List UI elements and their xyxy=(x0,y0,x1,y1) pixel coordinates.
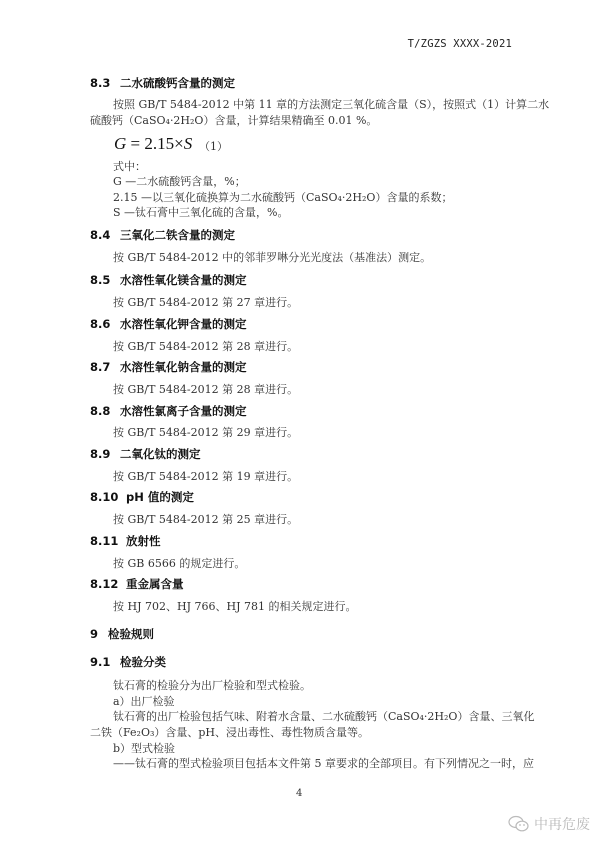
paragraph-line: ——钛石膏的型式检验项目包括本文件第 5 章要求的全部项目。有下列情况之一时，应 xyxy=(113,755,534,771)
paragraph-line: 按 GB/T 5484-2012 第 28 章进行。 xyxy=(113,381,298,397)
variable-definition: 2.15 —以三氧化硫换算为二水硫酸钙（CaSO₄·2H₂O）含量的系数； xyxy=(113,189,452,205)
document-code-header: T/ZGZS XXXX-2021 xyxy=(408,38,512,50)
formula-lhs: G xyxy=(114,134,126,153)
section-number: 8.8 xyxy=(90,404,120,418)
section-title: 放射性 xyxy=(126,534,161,548)
section-number: 8.3 xyxy=(90,76,120,90)
wechat-icon xyxy=(508,815,530,833)
watermark: 中再危废 xyxy=(508,814,590,834)
variable-definition: S —钛石膏中三氧化硫的含量，%。 xyxy=(113,204,288,220)
section-number: 8.10 xyxy=(90,490,126,504)
section-number: 8.6 xyxy=(90,317,120,331)
section-number: 8.11 xyxy=(90,534,126,548)
watermark-text: 中再危废 xyxy=(534,814,590,834)
paragraph-line: 按 GB/T 5484-2012 第 25 章进行。 xyxy=(113,511,298,527)
section-heading-8-11: 8.11放射性 xyxy=(90,533,161,549)
section-title: 水溶性氧化钠含量的测定 xyxy=(120,360,247,374)
page-number: 4 xyxy=(296,788,302,799)
section-title: 重金属含量 xyxy=(126,577,184,591)
section-heading-8-4: 8.4三氧化二铁含量的测定 xyxy=(90,227,235,243)
section-title: 检验分类 xyxy=(120,655,166,669)
list-item-label: b）型式检验 xyxy=(113,740,175,756)
paragraph-line: 按 HJ 702、HJ 766、HJ 781 的相关规定进行。 xyxy=(113,598,356,614)
chapter-title: 检验规则 xyxy=(108,627,154,641)
chapter-number: 9 xyxy=(90,627,108,641)
paragraph-line: 钛石膏的出厂检验包括气味、附着水含量、二水硫酸钙（CaSO₄·2H₂O）含量、三… xyxy=(113,708,534,724)
section-title: 二水硫酸钙含量的测定 xyxy=(120,76,235,90)
paragraph-line: 按 GB/T 5484-2012 第 29 章进行。 xyxy=(113,424,298,440)
section-heading-8-3: 8.3二水硫酸钙含量的测定 xyxy=(90,75,235,91)
section-number: 8.5 xyxy=(90,273,120,287)
paragraph-line: 钛石膏的检验分为出厂检验和型式检验。 xyxy=(113,677,311,693)
where-label: 式中： xyxy=(113,158,146,174)
paragraph-line: 硫酸钙（CaSO₄·2H₂O）含量，计算结果精确至 0.01 %。 xyxy=(90,112,377,128)
section-heading-9-1: 9.1检验分类 xyxy=(90,654,166,670)
formula-number: （1） xyxy=(199,138,228,154)
list-item-label: a）出厂检验 xyxy=(113,693,175,709)
section-heading-8-5: 8.5水溶性氧化镁含量的测定 xyxy=(90,272,247,288)
variable-definition: G —二水硫酸钙含量，%； xyxy=(113,173,246,189)
section-number: 8.4 xyxy=(90,228,120,242)
section-number: 8.9 xyxy=(90,447,120,461)
formula: G = 2.15×S xyxy=(114,134,192,154)
section-heading-8-10: 8.10pH 值的测定 xyxy=(90,489,194,505)
section-number: 8.7 xyxy=(90,360,120,374)
section-title: 水溶性氧化钾含量的测定 xyxy=(120,317,247,331)
section-heading-8-7: 8.7水溶性氧化钠含量的测定 xyxy=(90,359,247,375)
section-heading-8-8: 8.8水溶性氯离子含量的测定 xyxy=(90,403,247,419)
section-number: 9.1 xyxy=(90,655,120,669)
section-heading-8-12: 8.12重金属含量 xyxy=(90,576,184,592)
section-title: 水溶性氯离子含量的测定 xyxy=(120,404,247,418)
paragraph-line: 二铁（Fe₂O₃）含量、pH、浸出毒性、毒性物质含量等。 xyxy=(90,724,369,740)
formula-operator: = 2.15× xyxy=(126,134,183,153)
section-title: 二氧化钛的测定 xyxy=(120,447,201,461)
chapter-heading-9: 9检验规则 xyxy=(90,626,154,642)
section-title: 水溶性氧化镁含量的测定 xyxy=(120,273,247,287)
paragraph-line: 按 GB 6566 的规定进行。 xyxy=(113,555,245,571)
paragraph-line: 按 GB/T 5484-2012 第 27 章进行。 xyxy=(113,294,298,310)
section-title: pH 值的测定 xyxy=(126,490,194,504)
section-number: 8.12 xyxy=(90,577,126,591)
section-heading-8-6: 8.6水溶性氧化钾含量的测定 xyxy=(90,316,247,332)
paragraph-line: 按 GB/T 5484-2012 第 28 章进行。 xyxy=(113,338,298,354)
paragraph-line: 按照 GB/T 5484-2012 中第 11 章的方法测定三氧化硫含量（S），… xyxy=(113,96,549,112)
paragraph-line: 按 GB/T 5484-2012 第 19 章进行。 xyxy=(113,468,298,484)
formula-rhs: S xyxy=(184,134,193,153)
section-title: 三氧化二铁含量的测定 xyxy=(120,228,235,242)
section-heading-8-9: 8.9二氧化钛的测定 xyxy=(90,446,201,462)
paragraph-line: 按 GB/T 5484-2012 中的邻菲罗啉分光光度法（基准法）测定。 xyxy=(113,249,431,265)
